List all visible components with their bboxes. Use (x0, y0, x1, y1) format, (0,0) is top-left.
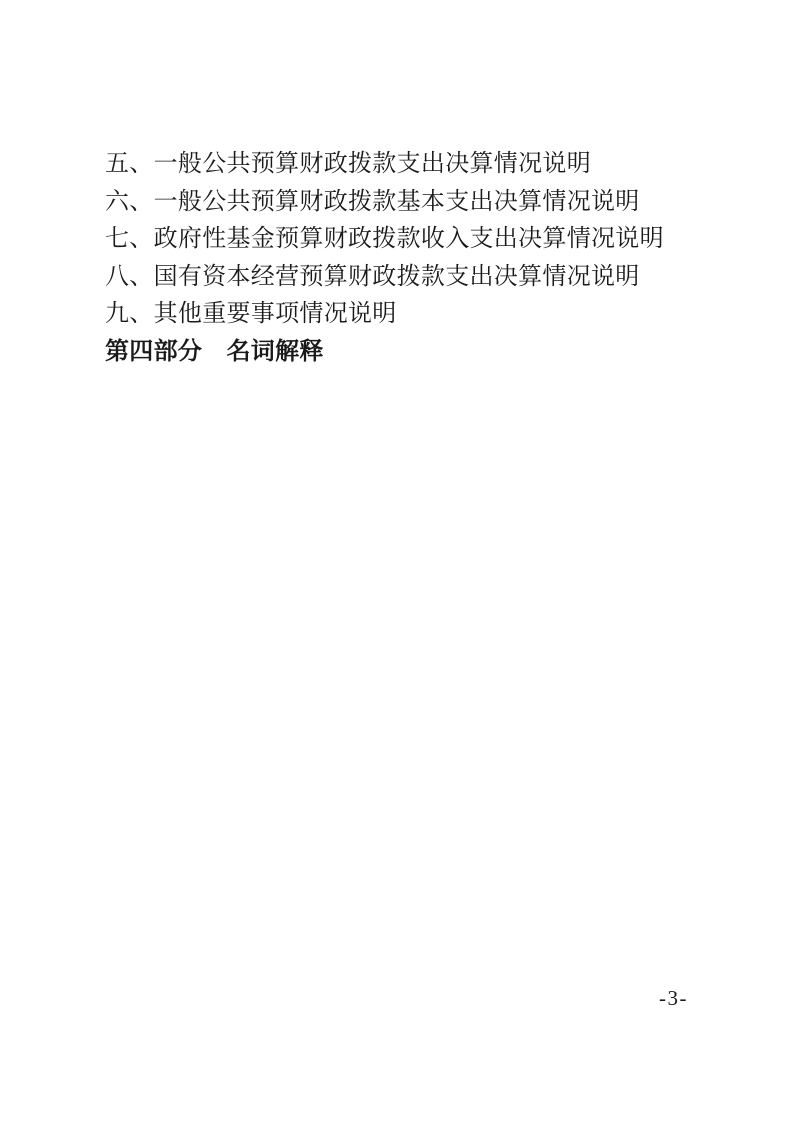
document-page: 五、一般公共预算财政拨款支出决算情况说明 六、一般公共预算财政拨款基本支出决算情… (0, 0, 793, 1122)
toc-section: 五、一般公共预算财政拨款支出决算情况说明 六、一般公共预算财政拨款基本支出决算情… (105, 146, 738, 372)
page-number: -3- (659, 986, 688, 1011)
toc-item: 五、一般公共预算财政拨款支出决算情况说明 (105, 146, 738, 184)
toc-item: 六、一般公共预算财政拨款基本支出决算情况说明 (105, 184, 738, 222)
section-heading: 第四部分 名词解释 (105, 334, 738, 372)
toc-item: 七、政府性基金预算财政拨款收入支出决算情况说明 (105, 221, 738, 259)
page-footer: -3- (0, 986, 793, 1012)
toc-item: 九、其他重要事项情况说明 (105, 296, 738, 334)
toc-item: 八、国有资本经营预算财政拨款支出决算情况说明 (105, 259, 738, 297)
